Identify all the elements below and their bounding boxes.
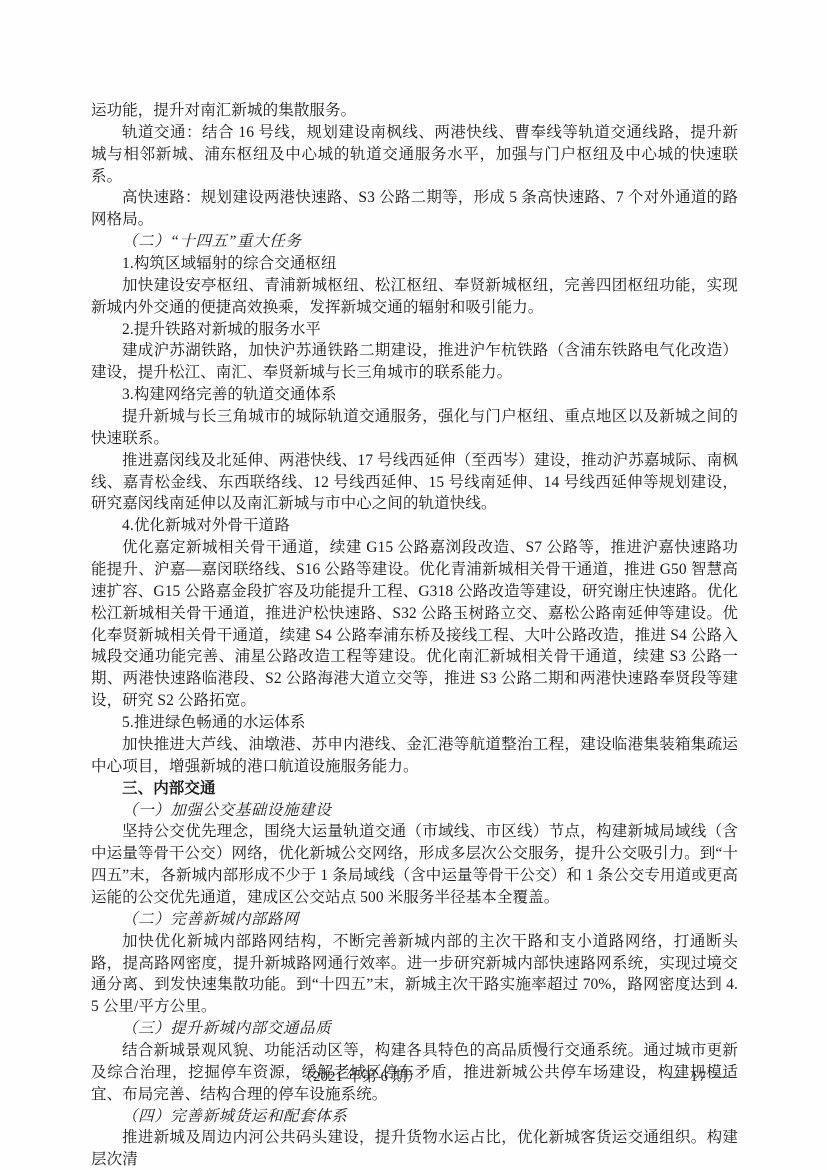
paragraph: 轨道交通：结合 16 号线，规划建设南枫线、两港快线、曹奉线等轨道交通线路，提升… xyxy=(91,122,738,188)
continued-paragraph: 运功能，提升对南汇新城的集散服务。 xyxy=(91,100,738,122)
subsection-heading: （三）提升新城内部交通品质 xyxy=(91,1018,738,1040)
numbered-heading: 4.优化新城对外骨干道路 xyxy=(91,515,738,537)
paragraph: 加快优化新城内部路网结构，不断完善新城内部的主次干路和支小道路网络，打通断头路，… xyxy=(91,931,738,1018)
paragraph: 加快建设安亭枢纽、青浦新城枢纽、松江枢纽、奉贤新城枢纽，完善四团枢纽功能，实现新… xyxy=(91,275,738,319)
paragraph: 坚持公交优先理念，围绕大运量轨道交通（市域线、市区线）节点，构建新城局域线（含中… xyxy=(91,821,738,908)
subsection-heading: （二）完善新城内部路网 xyxy=(91,909,738,931)
paragraph: 高快速路：规划建设两港快速路、S3 公路二期等，形成 5 条高快速路、7 个对外… xyxy=(91,187,738,231)
subsection-heading: （一）加强公交基础设施建设 xyxy=(91,800,738,822)
numbered-heading: 1.构筑区域辐射的综合交通枢纽 xyxy=(91,253,738,275)
numbered-heading: 3.构建网络完善的轨道交通体系 xyxy=(91,384,738,406)
subsection-heading: （四）完善新城货运和配套体系 xyxy=(91,1106,738,1128)
paragraph: 优化嘉定新城相关骨干通道，续建 G15 公路嘉浏段改造、S7 公路等，推进沪嘉快… xyxy=(91,537,738,712)
page-footer: （2021 年第 6 期） — 17 — xyxy=(91,1066,738,1088)
paragraph: 推进新城及周边内河公共码头建设，提升货物水运占比，优化新城客货运交通组织。构建层… xyxy=(91,1127,738,1170)
paragraph: 加快推进大芦线、油墩港、苏申内港线、金汇港等航道整治工程，建设临港集装箱集疏运中… xyxy=(91,734,738,778)
subsection-heading: （二）“十四五”重大任务 xyxy=(91,231,738,253)
journal-issue: （2021 年第 6 期） xyxy=(298,1066,422,1088)
numbered-heading: 5.推进绿色畅通的水运体系 xyxy=(91,712,738,734)
document-page: 运功能，提升对南汇新城的集散服务。 轨道交通：结合 16 号线，规划建设南枫线、… xyxy=(0,0,827,1170)
section-heading: 三、内部交通 xyxy=(91,778,738,800)
paragraph: 推进嘉闵线及北延伸、两港快线、17 号线西延伸（至西岑）建设，推动沪苏嘉城际、南… xyxy=(91,450,738,516)
paragraph: 提升新城与长三角城市的城际轨道交通服务，强化与门户枢纽、重点地区以及新城之间的快… xyxy=(91,406,738,450)
numbered-heading: 2.提升铁路对新城的服务水平 xyxy=(91,319,738,341)
document-body: 运功能，提升对南汇新城的集散服务。 轨道交通：结合 16 号线，规划建设南枫线、… xyxy=(91,100,738,1170)
paragraph: 建成沪苏湖铁路，加快沪苏通铁路二期建设，推进沪乍杭铁路（含浦东铁路电气化改造）建… xyxy=(91,340,738,384)
page-number: — 17 — xyxy=(670,1066,729,1088)
